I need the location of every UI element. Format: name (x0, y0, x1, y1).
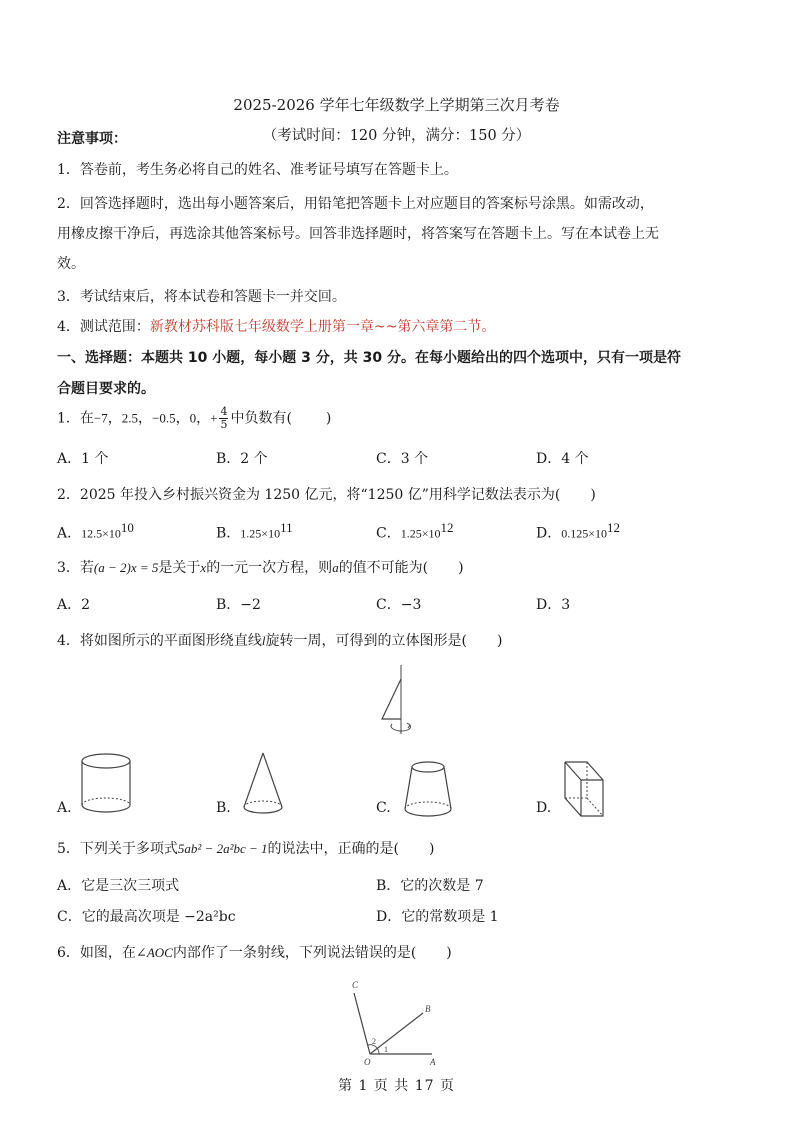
page-footer: 第 1 页 共 17 页 (0, 1075, 793, 1095)
label-b: B (425, 1004, 431, 1014)
label-c: C (352, 980, 359, 990)
question-6: 6．如图，在∠AOC内部作了一条射线，下列说法错误的是() (57, 942, 452, 962)
q4-option-b-label: B. (216, 800, 231, 816)
cylinder-icon (76, 749, 136, 819)
scope-value: 新教材苏科版七年级数学上册第一章~~第六章第二节。 (150, 319, 495, 335)
q5-option-d: D．它的常数项是 1 (376, 906, 499, 926)
fraction-four-fifths: 45 (219, 406, 228, 431)
cuboid-icon (562, 759, 632, 819)
q2-option-d: D．0.125×1012 (536, 520, 620, 543)
note-4-scope: 4．测试范围：新教材苏科版七年级数学上册第一章~~第六章第二节。 (57, 316, 495, 336)
section1-heading-line2: 合题目要求的。 (57, 378, 155, 398)
q1-option-d: D．4 个 (536, 448, 589, 468)
note-2-line3: 效。 (57, 253, 85, 273)
q1-option-b: B．2 个 (216, 448, 268, 468)
q5-option-b: B．它的次数是 7 (376, 875, 484, 895)
question-4: 4．将如图所示的平面图形绕直线l旋转一周，可得到的立体图形是() (57, 630, 502, 650)
scope-label: 4．测试范围： (57, 319, 150, 335)
label-angle-2: 2 (372, 1037, 376, 1046)
question-2: 2．2025 年投入乡村振兴资金为 1250 亿元，将“1250 亿”用科学记数… (57, 484, 596, 504)
q3-option-a: A．2 (57, 594, 90, 614)
notes-heading: 注意事项： (57, 128, 127, 148)
angle-figure: C B O A 1 2 (340, 978, 460, 1068)
frustum-icon (400, 757, 460, 827)
note-2-line1: 2．回答选择题时，选出每小题答案后，用铅笔把答题卡上对应题目的答案标号涂黑。如需… (57, 193, 654, 213)
q5-option-a: A．它是三次三项式 (57, 875, 179, 895)
q1-option-a: A．1 个 (57, 448, 108, 468)
q4-option-c-label: C. (376, 800, 391, 816)
q4-option-a-label: A. (57, 800, 72, 816)
cone-icon (238, 751, 288, 821)
q2-option-c: C．1.25×1012 (376, 520, 454, 543)
note-2-line2: 用橡皮擦干净后，再选涂其他答案标号。回答非选择题时，将答案写在答题卡上。写在本试… (57, 223, 659, 243)
q2-option-a: A．12.5×1010 (57, 520, 134, 543)
label-angle-1: 1 (384, 1045, 388, 1054)
question-5: 5．下列关于多项式5ab² − 2a²bc − 1的说法中，正确的是() (57, 838, 434, 858)
question-3: 3．若(a − 2)x = 5是关于x的一元一次方程，则a的值不可能为() (57, 557, 464, 577)
q4-option-d-label: D. (536, 800, 551, 816)
label-a: A (429, 1057, 436, 1067)
q5-option-c: C．它的最高次项是 −2a²bc (57, 906, 236, 926)
q2-option-b: B．1.25×1011 (216, 520, 293, 543)
rotation-figure (370, 662, 430, 742)
note-3: 3．考试结束后，将本试卷和答题卡一并交回。 (57, 286, 346, 306)
q3-option-b: B．−2 (216, 594, 261, 614)
question-1: 1．在−7，2.5，−0.5，0，+45中负数有() (57, 406, 331, 431)
section1-heading-line1: 一、选择题：本题共 10 小题，每小题 3 分，共 30 分。在每小题给出的四个… (57, 347, 681, 367)
note-1: 1．答卷前，考生务必将自己的姓名、准考证号填写在答题卡上。 (57, 159, 458, 179)
label-o: O (364, 1057, 371, 1067)
q3-option-d: D．3 (536, 594, 570, 614)
q3-option-c: C．−3 (376, 594, 421, 614)
exam-title: 2025-2026 学年七年级数学上学期第三次月考卷 (0, 94, 793, 115)
q1-option-c: C．3 个 (376, 448, 428, 468)
